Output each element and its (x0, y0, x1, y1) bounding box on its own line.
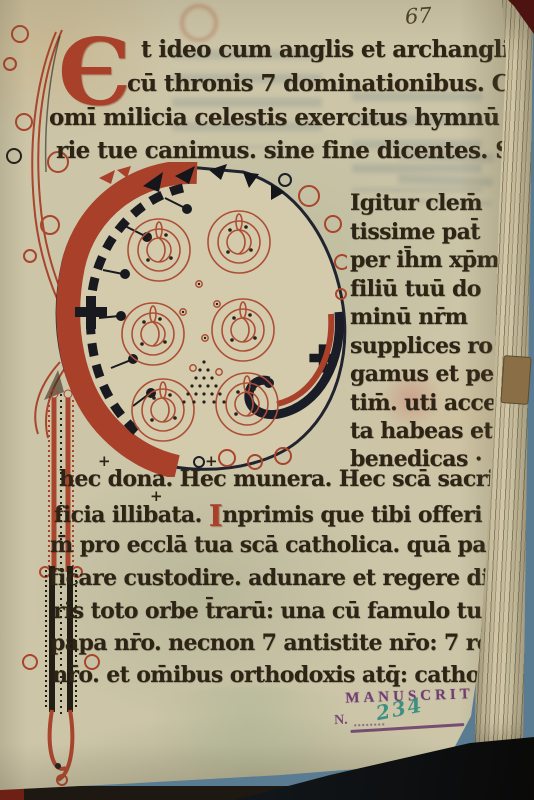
text-line: t ideo cum anglis et archanglis : (141, 36, 534, 63)
cross-sign-icon: + (98, 452, 111, 470)
text-line: minū nr̄m (350, 304, 467, 330)
text-line: hec dona. Hec munera. Hec scā sacri (59, 466, 494, 492)
text-line: Igitur clem̄ (350, 190, 482, 216)
stamp-number-prefix: N. (334, 713, 348, 729)
text-segment: nprimis que tibi offeri (222, 502, 482, 528)
text-line: nr̄o. et om̄ibus orthodoxis atq̄: cathol… (52, 662, 522, 688)
text-line: supplices ro (350, 333, 492, 359)
text-line: ficia illibata. Inprimis que tibi offeri (54, 499, 482, 534)
text-line: tim̄. uti accep (350, 390, 511, 416)
text-line: m̄ pro ecclā tua scā catholica. quā paci (50, 532, 507, 558)
text-line: rie tue canimus. sine fine dicentes. Scs… (56, 137, 534, 164)
text-line: omī milicia celestis exercitus hymnū glo (49, 104, 534, 131)
leather-index-tab (500, 355, 531, 405)
text-line: papa nr̄o. necnon 7 antistite nr̄o: 7 re… (50, 630, 518, 656)
rubric-initial-I: I (209, 499, 222, 534)
text-line: per ih̄m xp̄m (350, 247, 499, 273)
text-line: ris toto orbe t̄rarū: una cū famulo tuo (53, 598, 496, 624)
text-line: ficare custodire. adunare et regere dign… (49, 565, 533, 591)
text-segment: ficia illibata. (54, 502, 209, 528)
text-line: cū thronis 7 dominationibus. Cumq̄ (127, 70, 534, 97)
folio-number: 67 (404, 3, 432, 29)
text-line: filiū tuū do (350, 276, 481, 302)
text-line: tissime pat̄ (350, 219, 480, 245)
cross-sign-icon: + (150, 487, 163, 505)
manuscript-photo: 67 (0, 0, 534, 800)
text-bleed-through (172, 50, 322, 148)
manuscript-page: 67 (0, 0, 534, 800)
text-line: ta habeas et (350, 418, 493, 444)
table-shadow (0, 786, 534, 800)
cross-sign-icon: + (205, 452, 218, 470)
text-line: gamus et pe (350, 361, 494, 387)
illuminated-initial-T (47, 162, 347, 477)
